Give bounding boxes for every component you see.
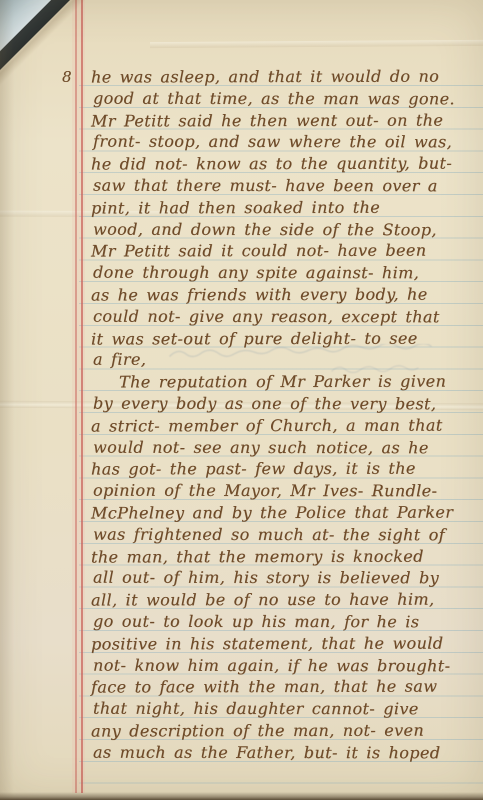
manuscript-line: saw that there must- have been over a: [93, 175, 481, 197]
manuscript-line: Mr Petitt said he then went out- on the: [91, 109, 479, 132]
manuscript-line: a strict- member of Church, a man that: [91, 414, 479, 437]
manuscript-line: all out- of him, his story is believed b…: [93, 567, 481, 589]
manuscript-line: wood, and down the side of the Stoop,: [93, 218, 481, 240]
manuscript-line: positive in his statement, that he would: [91, 632, 479, 655]
manuscript-line: as much as the Father, but- it is hoped: [93, 741, 481, 763]
page-bottom-edge: [0, 792, 483, 800]
manuscript-line: all, it would be of no use to have him,: [91, 589, 479, 612]
manuscript-line: would not- see any such notice, as he: [93, 436, 481, 458]
manuscript-line: a fire,: [93, 349, 481, 371]
manuscript-line: as he was friends with every body, he: [91, 283, 479, 306]
manuscript-line: he did not- know as to the quantity, but…: [91, 153, 479, 176]
manuscript-line: opinion of the Mayor, Mr Ives- Rundle-: [93, 480, 481, 502]
manuscript-line: done through any spite against- him,: [93, 262, 481, 284]
margin-rule-line: [75, 0, 77, 793]
manuscript-line: that night, his daughter cannot- give: [93, 698, 481, 720]
margin-rule-line: [81, 0, 83, 793]
manuscript-line: could not- give any reason, except that: [93, 305, 481, 327]
manuscript-page: 8 he was asleep, and that it would do no…: [0, 0, 483, 800]
manuscript-line: was frightened so much at- the sight of: [93, 523, 481, 545]
paper-crease: [150, 40, 483, 48]
page-number: 8: [62, 68, 72, 86]
manuscript-line: any description of the man, not- even: [91, 719, 479, 742]
manuscript-line: by every body as one of the very best,: [93, 393, 481, 415]
margin-rule-band: [72, 0, 85, 793]
manuscript-line: pint, it had then soaked into the: [91, 196, 479, 219]
manuscript-line: good at that time, as the man was gone.: [93, 87, 481, 109]
manuscript-line: the man, that the memory is knocked: [91, 545, 479, 568]
manuscript-line: go out- to look up his man, for he is: [93, 611, 481, 633]
manuscript-text: he was asleep, and that it would do no g…: [92, 66, 480, 764]
manuscript-line paragraph-start: The reputation of Mr Parker is given: [91, 371, 479, 394]
manuscript-line: Mr Petitt said it could not- have been: [91, 240, 479, 263]
manuscript-line: front- stoop, and saw where the oil was,: [93, 131, 481, 153]
manuscript-line: has got- the past- few days, it is the: [91, 458, 479, 481]
page-left-edge-shading: [0, 0, 14, 800]
manuscript-line: he was asleep, and that it would do no: [91, 65, 479, 88]
manuscript-line: face to face with the man, that he saw: [91, 676, 479, 699]
manuscript-line: not- know him again, if he was brought-: [93, 654, 481, 676]
manuscript-line: it was set-out of pure delight- to see: [91, 327, 479, 350]
manuscript-line: McPhelney and by the Police that Parker: [91, 501, 479, 524]
